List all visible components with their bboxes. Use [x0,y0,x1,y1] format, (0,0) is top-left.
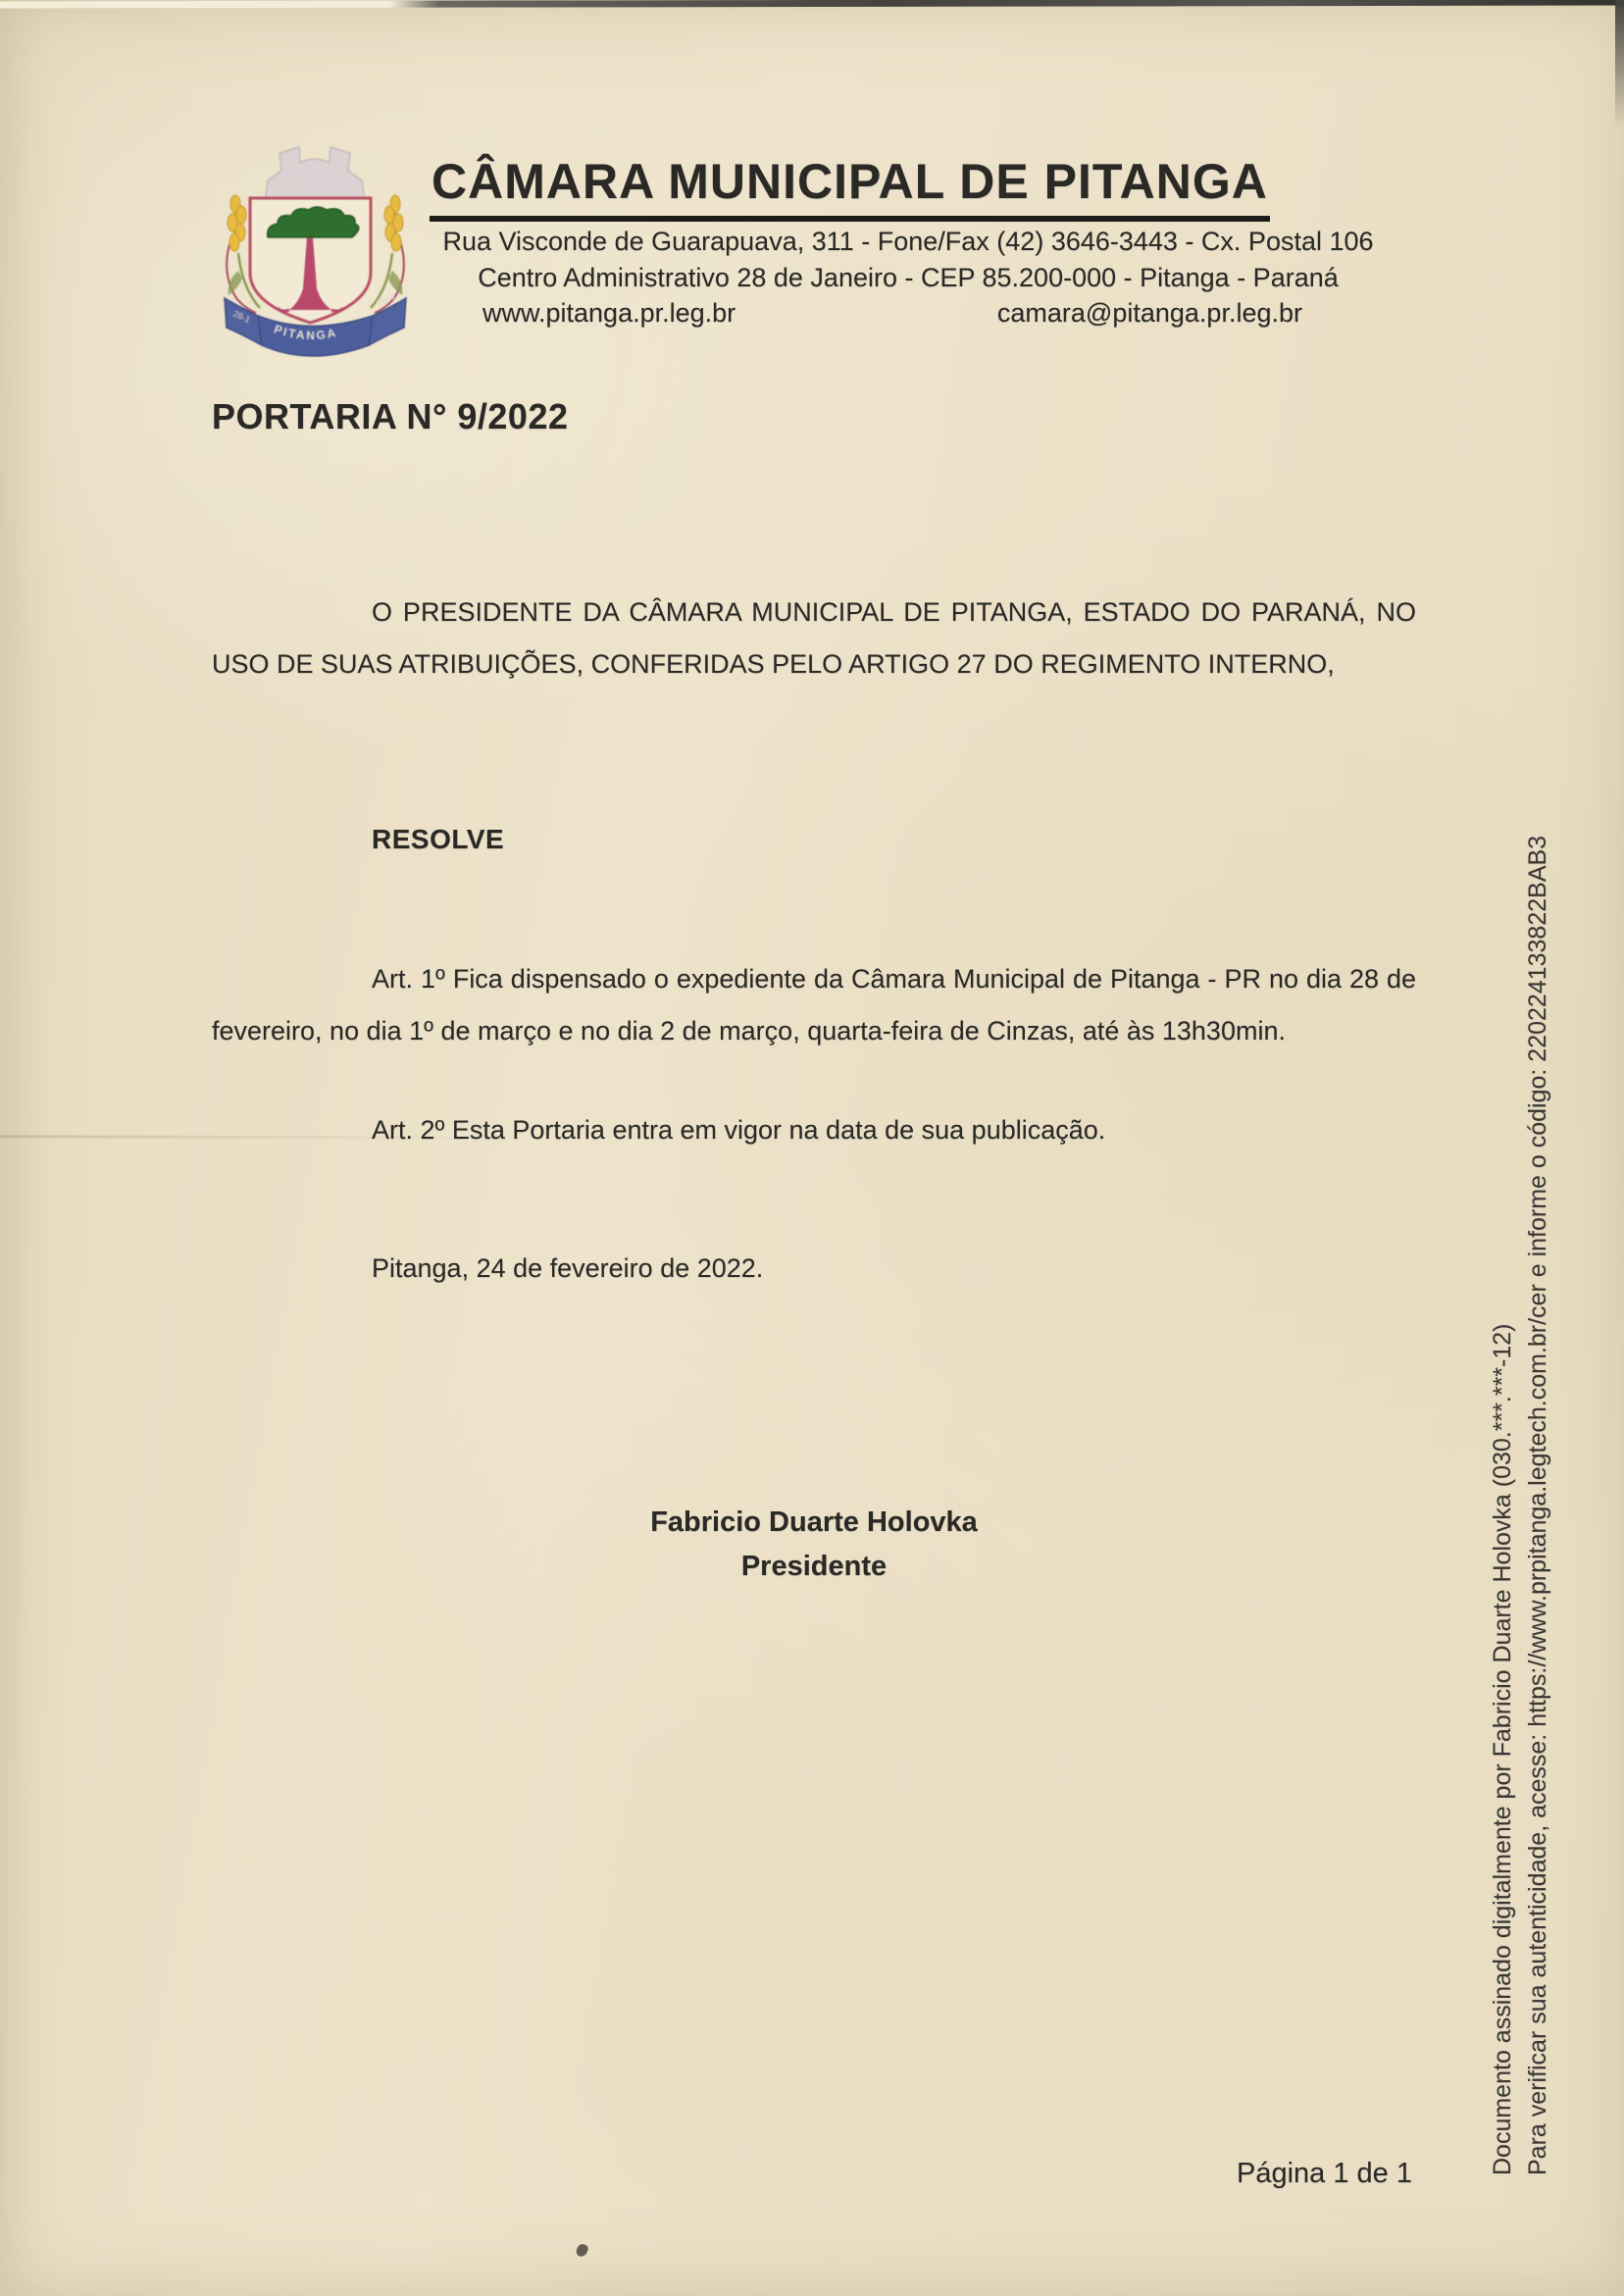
website-text: www.pitanga.pr.leg.br [482,298,736,329]
resolve-heading: RESOLVE [372,824,504,855]
page-indicator: Página 1 de 1 [981,2158,1412,2190]
contacts-line: www.pitanga.pr.leg.br camara@pitanga.pr.… [431,298,1385,329]
scan-edge-top-artifact [0,0,1624,8]
signature-role: Presidente [212,1545,1416,1589]
digital-signature-note: Documento assinado digitalmente por Fabr… [1485,675,1555,2175]
coat-of-arms-logo: PITANGA 28-1 1944 [209,124,422,358]
signature-block: Fabricio Duarte Holovka Presidente [212,1501,1416,1589]
document-number-heading: PORTARIA N° 9/2022 [212,396,569,437]
digital-signature-line-2: Para verificar sua autenticidade, acesse… [1520,675,1555,2175]
digital-signature-line-1: Documento assinado digitalmente por Fabr… [1485,675,1520,2175]
org-title: CÂMARA MUNICIPAL DE PITANGA [430,153,1270,222]
ink-speck-artifact [575,2242,589,2258]
address-line-1: Rua Visconde de Guarapuava, 311 - Fone/F… [431,227,1385,257]
scanned-document-page: PITANGA 28-1 1944 CÂMARA MUNICIPAL DE PI… [0,0,1624,2296]
preamble-paragraph: O PRESIDENTE DA CÂMARA MUNICIPAL DE PITA… [212,587,1416,690]
signature-name: Fabricio Duarte Holovka [212,1501,1416,1545]
scan-edge-right-artifact [1615,0,1624,128]
article-2-paragraph: Art. 2º Esta Portaria entra em vigor na … [212,1104,1416,1156]
address-line-2: Centro Administrativo 28 de Janeiro - CE… [431,263,1385,293]
article-1-paragraph: Art. 1º Fica dispensado o expediente da … [212,953,1416,1057]
date-line: Pitanga, 24 de fevereiro de 2022. [372,1253,763,1284]
email-text: camara@pitanga.pr.leg.br [997,298,1302,329]
